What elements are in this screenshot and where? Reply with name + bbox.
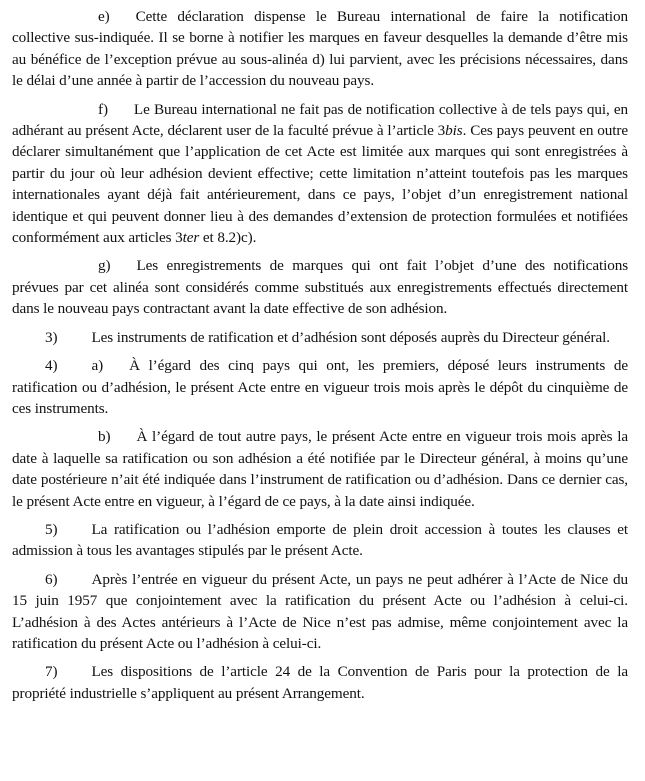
paragraph-4b: b)À l’égard de tout autre pays, le prése… (12, 426, 628, 512)
paragraph-label: e) (98, 8, 110, 25)
paragraph-text: Les instruments de ratification et d’adh… (91, 329, 609, 346)
paragraph-text: et 8.2)c). (199, 229, 256, 246)
paragraph-5: 5)La ratification ou l’adhésion emporte … (12, 519, 628, 562)
paragraph-label: 3) (45, 329, 57, 346)
paragraph-text-italic: bis (445, 122, 462, 139)
paragraph-g: g)Les enregistrements de marques qui ont… (12, 255, 628, 319)
paragraph-label: f) (98, 101, 108, 118)
paragraph-text: La ratification ou l’adhésion emporte de… (12, 521, 628, 559)
paragraph-4a: 4)a)À l’égard des cinq pays qui ont, les… (12, 355, 628, 419)
document-page: e)Cette déclaration dispense le Bureau i… (0, 0, 645, 781)
paragraph-text: Les dispositions de l’article 24 de la C… (12, 663, 628, 701)
paragraph-e: e)Cette déclaration dispense le Bureau i… (12, 6, 628, 92)
paragraph-sublabel: a) (91, 357, 103, 374)
paragraph-label: 5) (45, 521, 57, 538)
paragraph-text-italic: ter (183, 229, 200, 246)
paragraph-text: À l’égard des cinq pays qui ont, les pre… (12, 357, 628, 417)
paragraph-f: f)Le Bureau international ne fait pas de… (12, 99, 628, 249)
paragraph-label: 7) (45, 663, 57, 680)
paragraph-label: g) (98, 257, 110, 274)
paragraph-6: 6)Après l’entrée en vigueur du présent A… (12, 569, 628, 655)
paragraph-3: 3)Les instruments de ratification et d’a… (12, 327, 628, 348)
paragraph-label: 6) (45, 571, 57, 588)
paragraph-label: b) (98, 428, 110, 445)
paragraph-text: Après l’entrée en vigueur du présent Act… (12, 571, 628, 652)
paragraph-text: . Ces pays peuvent en outre déclarer sim… (12, 122, 628, 246)
paragraph-7: 7)Les dispositions de l’article 24 de la… (12, 661, 628, 704)
paragraph-label: 4) (45, 357, 57, 374)
